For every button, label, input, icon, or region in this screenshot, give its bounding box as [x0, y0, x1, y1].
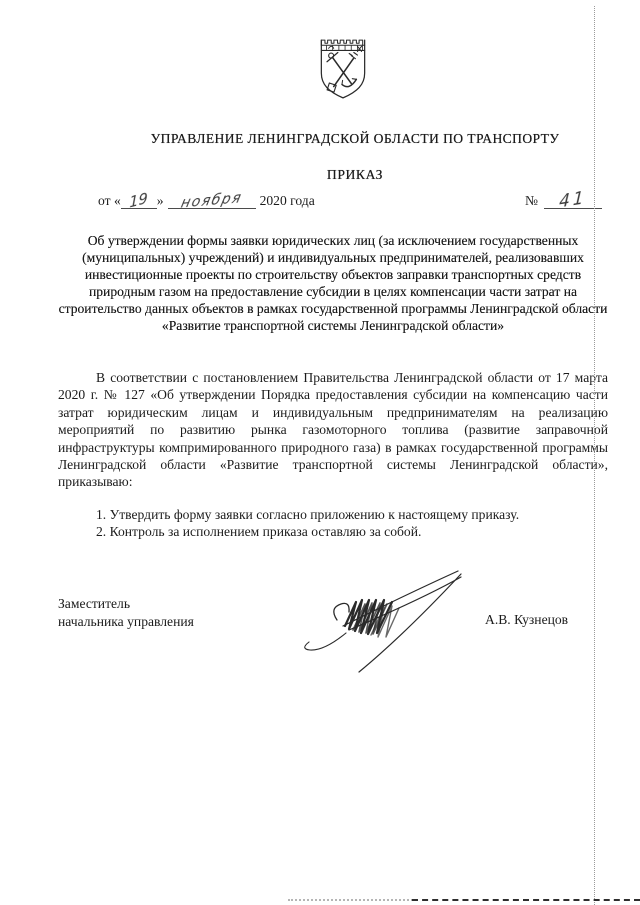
number-sign: №: [525, 193, 538, 208]
handwritten-day: 19: [130, 188, 149, 211]
coat-of-arms-icon: [317, 36, 369, 102]
date-prefix: от «: [98, 193, 121, 208]
handwritten-month: ноября: [179, 190, 244, 212]
date-year: 2020 года: [260, 193, 315, 208]
date-number-row: от «19»ноября2020 года №41: [58, 193, 608, 209]
date-quote-close: »: [157, 193, 164, 208]
scanned-order-document: УПРАВЛЕНИЕ ЛЕНИНГРАДСКОЙ ОБЛАСТИ ПО ТРАН…: [0, 0, 640, 905]
handwritten-number: 41: [559, 188, 587, 213]
handwritten-signature: [275, 560, 485, 675]
scan-edge-line-bottom-dark: [412, 899, 640, 901]
document-type-title: ПРИКАЗ: [58, 167, 630, 183]
org-name: УПРАВЛЕНИЕ ЛЕНИНГРАДСКОЙ ОБЛАСТИ ПО ТРАН…: [58, 131, 630, 147]
scan-edge-line-bottom-light: [288, 899, 416, 901]
date-field: от «19»ноября2020 года: [98, 193, 315, 208]
scan-fold-line-vertical: [594, 6, 595, 905]
order-directives: 1. Утвердить форму заявки согласно прило…: [58, 506, 608, 541]
month-blank: ноября: [168, 193, 256, 209]
day-blank: 19: [121, 193, 157, 209]
order-number-field: №41: [525, 193, 602, 209]
directive-item-1: 1. Утвердить форму заявки согласно прило…: [58, 506, 608, 523]
directive-item-2: 2. Контроль за исполнением приказа остав…: [58, 523, 608, 540]
order-body-paragraph: В соответствии с постановлением Правител…: [58, 369, 608, 491]
order-subject: Об утверждении формы заявки юридических …: [58, 232, 608, 334]
signer-name: А.В. Кузнецов: [485, 612, 568, 628]
